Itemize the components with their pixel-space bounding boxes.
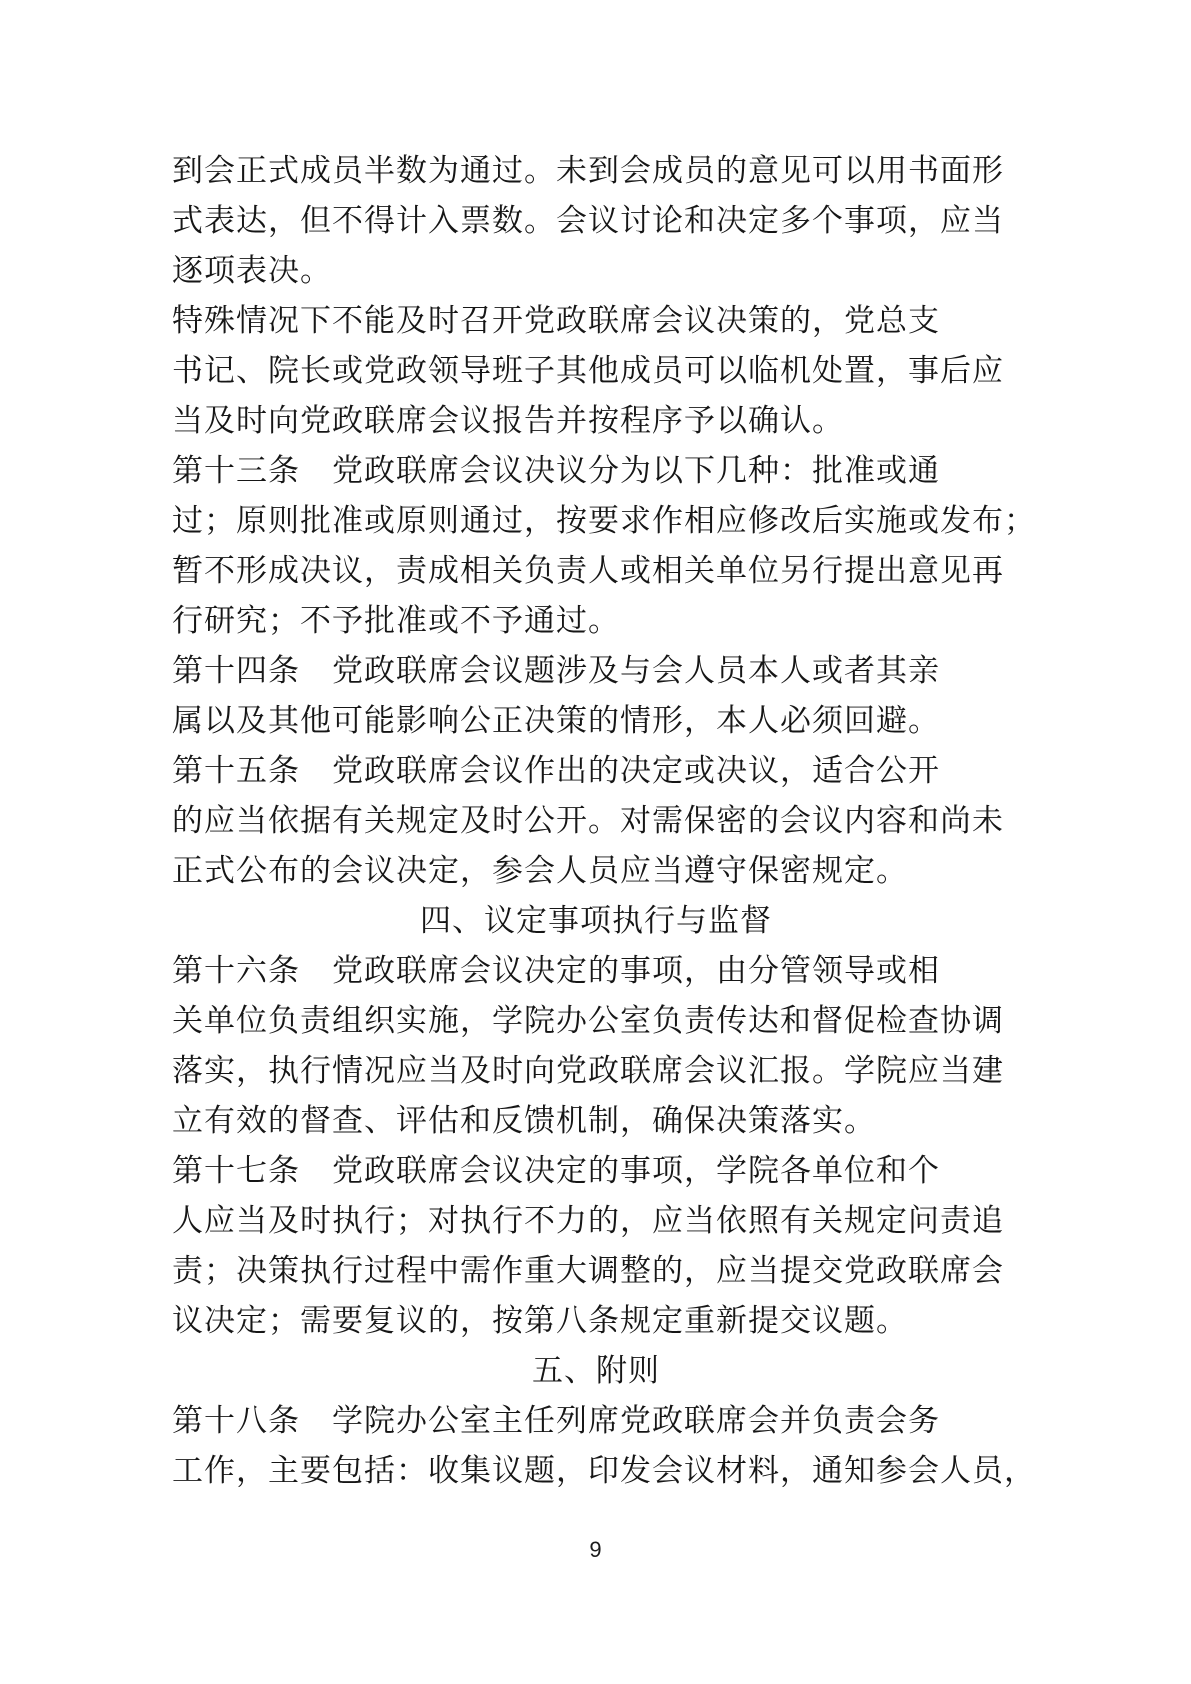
text-line: 特殊情况下不能及时召开党政联席会议决策的，党总支	[172, 296, 1020, 346]
page-number: 9	[0, 1534, 1191, 1566]
document-page: 到会正式成员半数为通过。未到会成员的意见可以用书面形式表达，但不得计入票数。会议…	[0, 0, 1191, 1684]
text-line: 第十四条 党政联席会议题涉及与会人员本人或者其亲	[172, 646, 1020, 696]
text-line: 属以及其他可能影响公正决策的情形，本人必须回避。	[172, 696, 1020, 746]
section-heading: 五、附则	[172, 1346, 1020, 1396]
text-line: 书记、院长或党政领导班子其他成员可以临机处置，事后应	[172, 346, 1020, 396]
document-body: 到会正式成员半数为通过。未到会成员的意见可以用书面形式表达，但不得计入票数。会议…	[172, 146, 1020, 1496]
text-line: 的应当依据有关规定及时公开。对需保密的会议内容和尚未	[172, 796, 1020, 846]
text-line: 第十八条 学院办公室主任列席党政联席会并负责会务	[172, 1396, 1020, 1446]
text-line: 落实，执行情况应当及时向党政联席会议汇报。学院应当建	[172, 1046, 1020, 1096]
text-line: 到会正式成员半数为通过。未到会成员的意见可以用书面形	[172, 146, 1020, 196]
text-line: 正式公布的会议决定，参会人员应当遵守保密规定。	[172, 846, 1020, 896]
text-line: 行研究；不予批准或不予通过。	[172, 596, 1020, 646]
text-line: 工作，主要包括：收集议题，印发会议材料，通知参会人员，	[172, 1446, 1020, 1496]
text-line: 暂不形成决议，责成相关负责人或相关单位另行提出意见再	[172, 546, 1020, 596]
text-line: 过；原则批准或原则通过，按要求作相应修改后实施或发布；	[172, 496, 1020, 546]
text-line: 议决定；需要复议的，按第八条规定重新提交议题。	[172, 1296, 1020, 1346]
text-line: 关单位负责组织实施，学院办公室负责传达和督促检查协调	[172, 996, 1020, 1046]
text-line: 第十六条 党政联席会议决定的事项，由分管领导或相	[172, 946, 1020, 996]
text-line: 逐项表决。	[172, 246, 1020, 296]
text-line: 责；决策执行过程中需作重大调整的，应当提交党政联席会	[172, 1246, 1020, 1296]
text-line: 当及时向党政联席会议报告并按程序予以确认。	[172, 396, 1020, 446]
text-line: 第十五条 党政联席会议作出的决定或决议，适合公开	[172, 746, 1020, 796]
text-line: 第十七条 党政联席会议决定的事项，学院各单位和个	[172, 1146, 1020, 1196]
text-line: 立有效的督查、评估和反馈机制，确保决策落实。	[172, 1096, 1020, 1146]
section-heading: 四、议定事项执行与监督	[172, 896, 1020, 946]
text-line: 式表达，但不得计入票数。会议讨论和决定多个事项，应当	[172, 196, 1020, 246]
text-line: 第十三条 党政联席会议决议分为以下几种：批准或通	[172, 446, 1020, 496]
text-line: 人应当及时执行；对执行不力的，应当依照有关规定问责追	[172, 1196, 1020, 1246]
